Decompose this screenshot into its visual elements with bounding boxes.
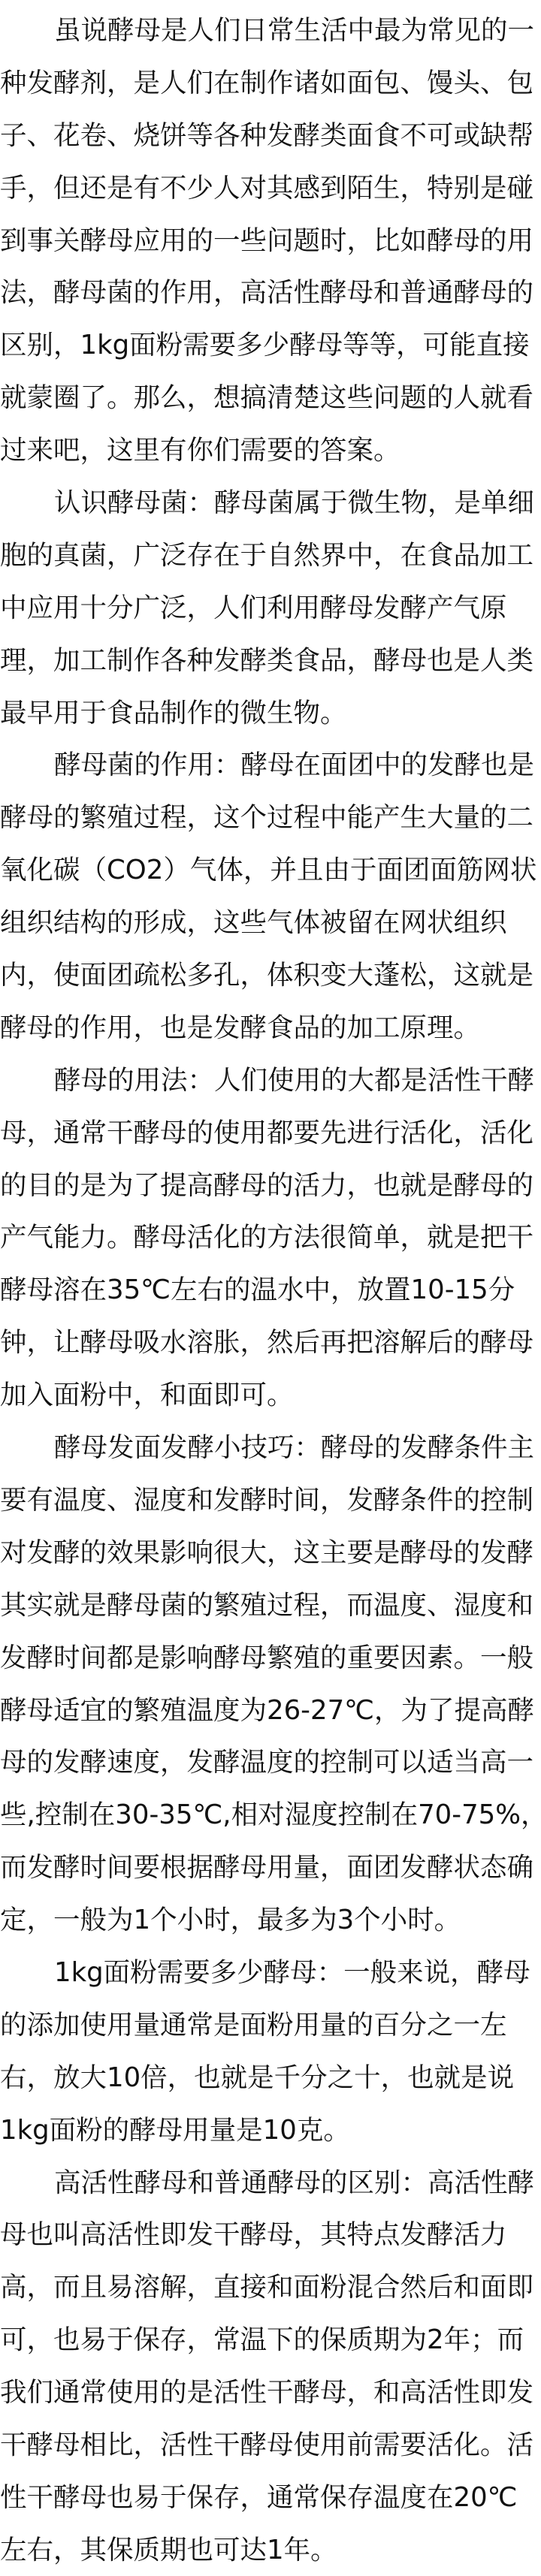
text-line: 左右，其保质期也可达1年。 [0,2524,541,2576]
text-line: 干酵母相比，活性干酵母使用前需要活化。活 [0,2419,541,2472]
text-line: 就蒙圈了。那么，想搞清楚这些问题的人就看 [0,372,541,424]
text-line: 右，放大10倍，也就是千分之十，也就是说 [0,2052,541,2104]
text-line: 而发酵时间要根据酵母用量，面团发酵状态确 [0,1842,541,1894]
text-line: 法，酵母菌的作用，高活性酵母和普通酵母的 [0,267,541,319]
text-line: 1kg面粉的酵母用量是10克。 [0,2104,541,2157]
text-line: 胞的真菌，广泛存在于自然界中，在食品加工 [0,529,541,582]
text-line: 种发酵剂，是人们在制作诸如面包、馒头、包 [0,57,541,110]
paragraph-fermentation-tips: 酵母发面发酵小技巧：酵母的发酵条件主 要有温度、湿度和发酵时间，发酵条件的控制 … [0,1422,541,1947]
text-line: 母，通常干酵母的使用都要先进行活化，活化 [0,1107,541,1160]
text-line: 酵母溶在35℃左右的温水中，放置10-15分 [0,1264,541,1317]
text-line: 组织结构的形成，这些气体被留在网状组织 [0,897,541,949]
text-line: 发酵时间都是影响酵母繁殖的重要因素。一般 [0,1632,541,1685]
text-line: 酵母发面发酵小技巧：酵母的发酵条件主 [0,1422,541,1474]
text-line: 些,控制在30-35℃,相对湿度控制在70-75%， [0,1789,541,1842]
text-line: 定，一般为1个小时，最多为3个小时。 [0,1894,541,1947]
text-line: 产气能力。酵母活化的方法很简单，就是把干 [0,1211,541,1264]
text-line: 最早用于食品制作的微生物。 [0,687,541,740]
text-line: 的目的是为了提高酵母的活力，也就是酵母的 [0,1160,541,1212]
text-line: 母的发酵速度，发酵温度的控制可以适当高一 [0,1736,541,1789]
text-line: 区别，1kg面粉需要多少酵母等等，可能直接 [0,319,541,372]
text-line: 酵母的用法：人们使用的大都是活性干酵 [0,1054,541,1107]
text-line: 理，加工制作各种发酵类食品，酵母也是人类 [0,635,541,687]
paragraph-intro: 虽说酵母是人们日常生活中最为常见的一 种发酵剂，是人们在制作诸如面包、馒头、包 … [0,5,541,477]
text-line: 钟，让酵母吸水溶胀，然后再把溶解后的酵母 [0,1317,541,1369]
text-line: 的添加使用量通常是面粉用量的百分之一左 [0,1999,541,2052]
text-line: 要有温度、湿度和发酵时间，发酵条件的控制 [0,1474,541,1527]
paragraph-yeast-types: 高活性酵母和普通酵母的区别：高活性酵 母也叫高活性即发干酵母，其特点发酵活力 高… [0,2157,541,2576]
text-line: 酵母菌的作用：酵母在面团中的发酵也是 [0,739,541,792]
paragraph-know-yeast: 认识酵母菌：酵母菌属于微生物，是单细 胞的真菌，广泛存在于自然界中，在食品加工 … [0,477,541,739]
text-line: 高活性酵母和普通酵母的区别：高活性酵 [0,2157,541,2210]
text-line: 我们通常使用的是活性干酵母，和高活性即发 [0,2366,541,2419]
text-line: 1kg面粉需要多少酵母：一般来说，酵母 [0,1947,541,1999]
article-body: 虽说酵母是人们日常生活中最为常见的一 种发酵剂，是人们在制作诸如面包、馒头、包 … [0,5,541,2576]
text-line: 高，而且易溶解，直接和面粉混合然后和面即 [0,2261,541,2314]
text-line: 子、花卷、烧饼等各种发酵类面食不可或缺帮 [0,110,541,162]
paragraph-yeast-usage: 酵母的用法：人们使用的大都是活性干酵 母，通常干酵母的使用都要先进行活化，活化 … [0,1054,541,1422]
text-line: 加入面粉中，和面即可。 [0,1369,541,1422]
text-line: 认识酵母菌：酵母菌属于微生物，是单细 [0,477,541,529]
text-line: 手，但还是有不少人对其感到陌生，特别是碰 [0,162,541,215]
text-line: 可，也易于保存，常温下的保质期为2年；而 [0,2314,541,2366]
text-line: 中应用十分广泛，人们利用酵母发酵产气原 [0,582,541,635]
text-line: 氧化碳（CO2）气体，并且由于面团面筋网状 [0,844,541,897]
text-line: 性干酵母也易于保存，通常保存温度在20℃ [0,2472,541,2524]
text-line: 酵母的繁殖过程，这个过程中能产生大量的二 [0,792,541,844]
text-line: 酵母的作用，也是发酵食品的加工原理。 [0,1002,541,1054]
paragraph-yeast-function: 酵母菌的作用：酵母在面团中的发酵也是 酵母的繁殖过程，这个过程中能产生大量的二 … [0,739,541,1054]
text-line: 母也叫高活性即发干酵母，其特点发酵活力 [0,2209,541,2261]
text-line: 对发酵的效果影响很大，这主要是酵母的发酵 [0,1527,541,1579]
text-line: 内，使面团疏松多孔，体积变大蓬松，这就是 [0,949,541,1002]
paragraph-yeast-amount: 1kg面粉需要多少酵母：一般来说，酵母 的添加使用量通常是面粉用量的百分之一左 … [0,1947,541,2157]
text-line: 虽说酵母是人们日常生活中最为常见的一 [0,5,541,57]
text-line: 到事关酵母应用的一些问题时，比如酵母的用 [0,215,541,267]
text-line: 过来吧，这里有你们需要的答案。 [0,424,541,477]
text-line: 酵母适宜的繁殖温度为26-27℃，为了提高酵 [0,1685,541,1737]
text-line: 其实就是酵母菌的繁殖过程，而温度、湿度和 [0,1579,541,1632]
